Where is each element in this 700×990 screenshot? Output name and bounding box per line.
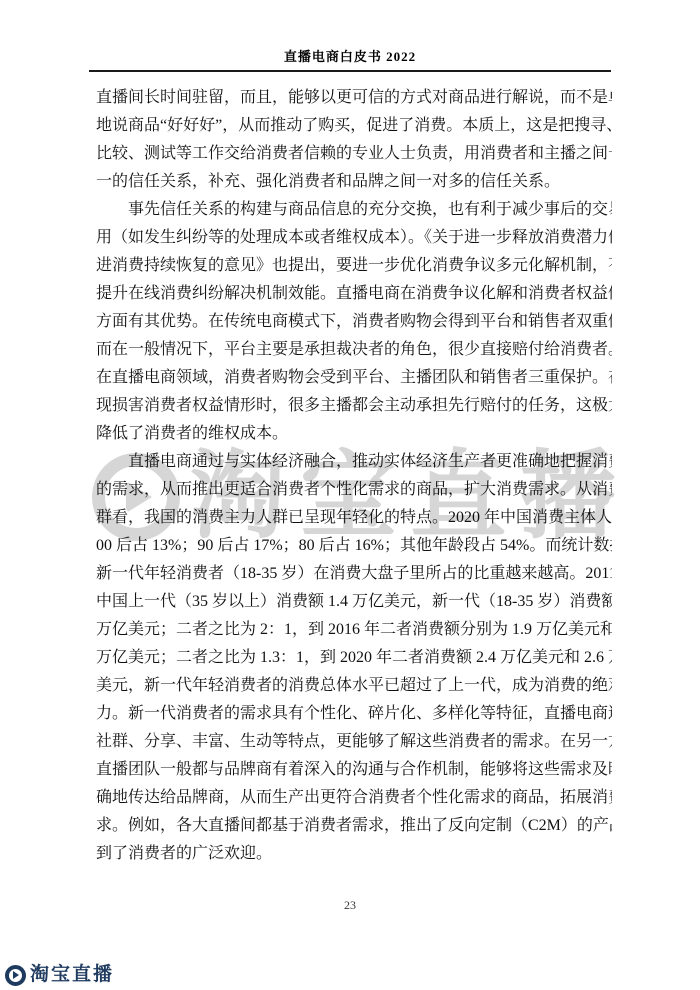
- text-line: 确地传达给品牌商，从而生产出更符合消费者个性化需求的商品，拓展消费需: [96, 784, 612, 812]
- text-line: 方面有其优势。在传统电商模式下，消费者购物会得到平台和销售者双重保护，: [96, 308, 612, 336]
- text-line: 中国上一代（35 岁以上）消费额 1.4 万亿美元，新一代（18-35 岁）消费…: [96, 588, 612, 616]
- text-line: 到了消费者的广泛欢迎。: [96, 840, 612, 868]
- text-line: 美元，新一代年轻消费者的消费总体水平已超过了上一代，成为消费的绝对主: [96, 672, 612, 700]
- text-line: 新一代年轻消费者（18-35 岁）在消费大盘子里所占的比重越来越高。2011 年: [96, 560, 612, 588]
- text-line: 求。例如，各大直播间都基于消费者需求，推出了反向定制（C2M）的产品，受: [96, 812, 612, 840]
- text-line: 一的信任关系，补充、强化消费者和品牌之间一对多的信任关系。: [96, 168, 612, 196]
- text-line: 进消费持续恢复的意见》也提出，要进一步优化消费争议多元化解机制，不断: [96, 252, 612, 280]
- text-line: 万亿美元；二者之比为 1.3：1，到 2020 年二者消费额 2.4 万亿美元和…: [96, 644, 612, 672]
- text-line: 比较、测试等工作交给消费者信赖的专业人士负责，用消费者和主播之间一对: [96, 140, 612, 168]
- text-line: 直播间长时间驻留，而且，能够以更可信的方式对商品进行解说，而不是单纯: [96, 84, 612, 112]
- header-title: 直播电商白皮书 2022: [0, 46, 700, 65]
- text-line: 用（如发生纠纷等的处理成本或者维权成本）。《关于进一步释放消费潜力促: [96, 224, 612, 252]
- text-line: 群看，我国的消费主力人群已呈现年轻化的特点。2020 年中国消费主体人口中: [96, 504, 612, 532]
- text-line: 直播团队一般都与品牌商有着深入的沟通与合作机制，能够将这些需求及时准: [96, 756, 612, 784]
- document-page: 直播电商白皮书 2022 淘宝直播 直播间长时间驻留，而且，能够以更可信的方式对…: [0, 0, 700, 990]
- text-line: 而在一般情况下，平台主要是承担裁决者的角色，很少直接赔付给消费者。而: [96, 336, 612, 364]
- text-line: 现损害消费者权益情形时，很多主播都会主动承担先行赔付的任务，这极大地: [96, 392, 612, 420]
- text-line: 在直播电商领域，消费者购物会受到平台、主播团队和销售者三重保护。在出: [96, 364, 612, 392]
- taobao-live-logo-icon: [5, 965, 26, 986]
- header-rule: [89, 70, 611, 72]
- text-line: 的需求，从而推出更适合消费者个性化需求的商品，扩大消费需求。从消费人: [96, 476, 612, 504]
- text-line: 提升在线消费纠纷解决机制效能。直播电商在消费争议化解和消费者权益保护: [96, 280, 612, 308]
- text-line: 事先信任关系的构建与商品信息的充分交换，也有利于减少事后的交易费: [96, 196, 612, 224]
- text-line: 地说商品“好好好”，从而推动了购买，促进了消费。本质上，这是把搜寻、: [96, 112, 612, 140]
- corner-logo-text: 淘宝直播: [30, 964, 114, 986]
- page-number: 23: [0, 898, 700, 913]
- text-line: 万亿美元；二者之比为 2：1，到 2016 年二者消费额分别为 1.9 万亿美元…: [96, 616, 612, 644]
- taobao-live-corner-logo: 淘宝直播: [5, 963, 114, 987]
- body-text: 直播间长时间驻留，而且，能够以更可信的方式对商品进行解说，而不是单纯地说商品“好…: [96, 84, 612, 868]
- text-line: 社群、分享、丰富、生动等特点，更能够了解这些消费者的需求。在另一方面，: [96, 728, 612, 756]
- text-line: 力。新一代消费者的需求具有个性化、碎片化、多样化等特征，直播电商通过: [96, 700, 612, 728]
- text-line: 直播电商通过与实体经济融合，推动实体经济生产者更准确地把握消费者: [96, 448, 612, 476]
- play-icon: [13, 971, 19, 979]
- text-line: 降低了消费者的维权成本。: [96, 420, 612, 448]
- text-line: 00 后占 13%；90 后占 17%；80 后占 16%；其他年龄段占 54%…: [96, 532, 612, 560]
